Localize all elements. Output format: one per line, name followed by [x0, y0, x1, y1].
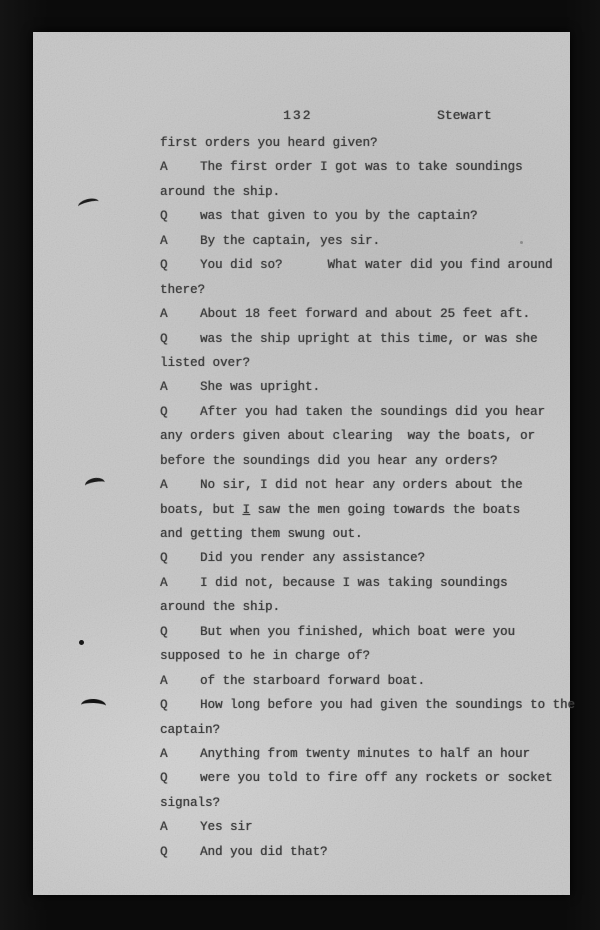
- qa-marker: A: [160, 307, 200, 321]
- line-text: She was upright.: [200, 380, 320, 394]
- qa-marker: Q: [160, 625, 200, 639]
- line-text-pre: boats, but: [160, 503, 243, 517]
- qa-marker: A: [160, 747, 200, 761]
- transcript-line: AYes sir: [160, 820, 560, 844]
- qa-marker: Q: [160, 258, 200, 272]
- line-text: No sir, I did not hear any orders about …: [200, 478, 523, 492]
- transcript-line: QYou did so? What water did you find aro…: [160, 258, 560, 282]
- transcript-line: before the soundings did you hear any or…: [160, 454, 560, 478]
- transcript-line: Qwere you told to fire off any rockets o…: [160, 771, 560, 795]
- document-page: 132 Stewart first orders you heard given…: [33, 32, 570, 895]
- line-text: Anything from twenty minutes to half an …: [200, 747, 530, 761]
- transcript-line: AI did not, because I was taking soundin…: [160, 576, 560, 600]
- line-text: listed over?: [160, 356, 250, 370]
- qa-marker: A: [160, 234, 200, 248]
- line-text: After you had taken the soundings did yo…: [200, 405, 545, 419]
- transcript-line: ANo sir, I did not hear any orders about…: [160, 478, 560, 502]
- transcript-line: signals?: [160, 796, 560, 820]
- transcript-line: AAbout 18 feet forward and about 25 feet…: [160, 307, 560, 331]
- transcript-line: around the ship.: [160, 185, 560, 209]
- transcript-line: QAnd you did that?: [160, 845, 560, 869]
- qa-marker: A: [160, 576, 200, 590]
- qa-marker: Q: [160, 771, 200, 785]
- transcript-line: listed over?: [160, 356, 560, 380]
- line-text: supposed to he in charge of?: [160, 649, 370, 663]
- pen-dot-mark: [79, 640, 84, 645]
- line-text: was that given to you by the captain?: [200, 209, 478, 223]
- line-text: The first order I got was to take soundi…: [200, 160, 523, 174]
- line-text: And you did that?: [200, 845, 328, 859]
- transcript-line: ABy the captain, yes sir.: [160, 234, 560, 258]
- line-text: and getting them swung out.: [160, 527, 363, 541]
- transcript-line: QBut when you finished, which boat were …: [160, 625, 560, 649]
- qa-marker: A: [160, 160, 200, 174]
- transcript-line: first orders you heard given?: [160, 136, 560, 160]
- line-text: You did so? What water did you find arou…: [200, 258, 553, 272]
- line-text: Yes sir: [200, 820, 253, 834]
- witness-name: Stewart: [437, 108, 492, 123]
- pen-tick-mark: [77, 197, 100, 212]
- pen-tick-mark: [81, 699, 106, 713]
- transcript-line: around the ship.: [160, 600, 560, 624]
- line-text: Did you render any assistance?: [200, 551, 425, 565]
- transcript-line: AThe first order I got was to take sound…: [160, 160, 560, 184]
- pen-tick-mark: [84, 476, 106, 491]
- line-text: How long before you had given the soundi…: [200, 698, 575, 712]
- transcript-line: Aof the starboard forward boat.: [160, 674, 560, 698]
- line-text: By the captain, yes sir.: [200, 234, 380, 248]
- transcript-line: any orders given about clearing way the …: [160, 429, 560, 453]
- transcript-line: AShe was upright.: [160, 380, 560, 404]
- line-text: signals?: [160, 796, 220, 810]
- qa-marker: A: [160, 380, 200, 394]
- line-text: was the ship upright at this time, or wa…: [200, 332, 538, 346]
- page-header: 132 Stewart: [33, 108, 570, 126]
- faint-dot-mark: [520, 241, 523, 244]
- qa-marker: Q: [160, 551, 200, 565]
- transcript-line: QDid you render any assistance?: [160, 551, 560, 575]
- transcript-line: boats, but I saw the men going towards t…: [160, 503, 560, 527]
- line-text: around the ship.: [160, 600, 280, 614]
- qa-marker: A: [160, 478, 200, 492]
- transcript-line: Qwas that given to you by the captain?: [160, 209, 560, 233]
- transcript-line: QAfter you had taken the soundings did y…: [160, 405, 560, 429]
- qa-marker: Q: [160, 698, 200, 712]
- line-text: around the ship.: [160, 185, 280, 199]
- page-number: 132: [283, 108, 312, 123]
- line-text: I did not, because I was taking sounding…: [200, 576, 508, 590]
- line-text: But when you finished, which boat were y…: [200, 625, 515, 639]
- transcript-line: and getting them swung out.: [160, 527, 560, 551]
- transcript-line: there?: [160, 283, 560, 307]
- transcript-line: captain?: [160, 723, 560, 747]
- line-text: before the soundings did you hear any or…: [160, 454, 498, 468]
- transcript-line: supposed to he in charge of?: [160, 649, 560, 673]
- line-text: were you told to fire off any rockets or…: [200, 771, 553, 785]
- transcript-line: Qwas the ship upright at this time, or w…: [160, 332, 560, 356]
- line-text-post: saw the men going towards the boats: [250, 503, 520, 517]
- line-text: first orders you heard given?: [160, 136, 378, 150]
- line-text: boats, but I saw the men going towards t…: [160, 503, 520, 517]
- line-text: captain?: [160, 723, 220, 737]
- qa-marker: Q: [160, 405, 200, 419]
- qa-marker: Q: [160, 209, 200, 223]
- transcript-line: QHow long before you had given the sound…: [160, 698, 560, 722]
- underlined-word: I: [243, 503, 251, 517]
- transcript-line: AAnything from twenty minutes to half an…: [160, 747, 560, 771]
- scanned-document: 132 Stewart first orders you heard given…: [0, 0, 600, 930]
- line-text: any orders given about clearing way the …: [160, 429, 535, 443]
- qa-marker: A: [160, 674, 200, 688]
- qa-marker: Q: [160, 332, 200, 346]
- line-text: About 18 feet forward and about 25 feet …: [200, 307, 530, 321]
- transcript-body: first orders you heard given? AThe first…: [160, 136, 560, 869]
- qa-marker: A: [160, 820, 200, 834]
- line-text: there?: [160, 283, 205, 297]
- line-text: of the starboard forward boat.: [200, 674, 425, 688]
- qa-marker: Q: [160, 845, 200, 859]
